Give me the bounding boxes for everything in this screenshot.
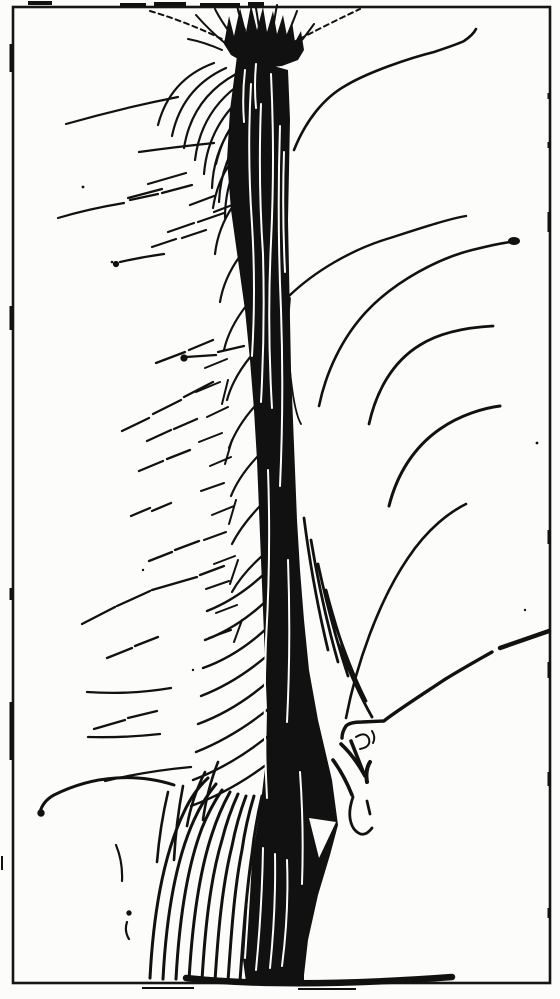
- speckle: [111, 261, 114, 264]
- dash-blob: [182, 356, 187, 361]
- speckle: [536, 442, 539, 445]
- speckle: [82, 186, 85, 189]
- flow-line-end-dot: [509, 238, 520, 245]
- hair-ridge-illustration: [0, 0, 560, 999]
- curve-end-knob: [38, 810, 44, 816]
- i-dot: [127, 911, 131, 915]
- scanned-illustration-page: [0, 0, 560, 999]
- speckle: [524, 609, 526, 611]
- speckle: [142, 569, 144, 571]
- speckle: [192, 669, 194, 671]
- dash-blob: [114, 262, 118, 266]
